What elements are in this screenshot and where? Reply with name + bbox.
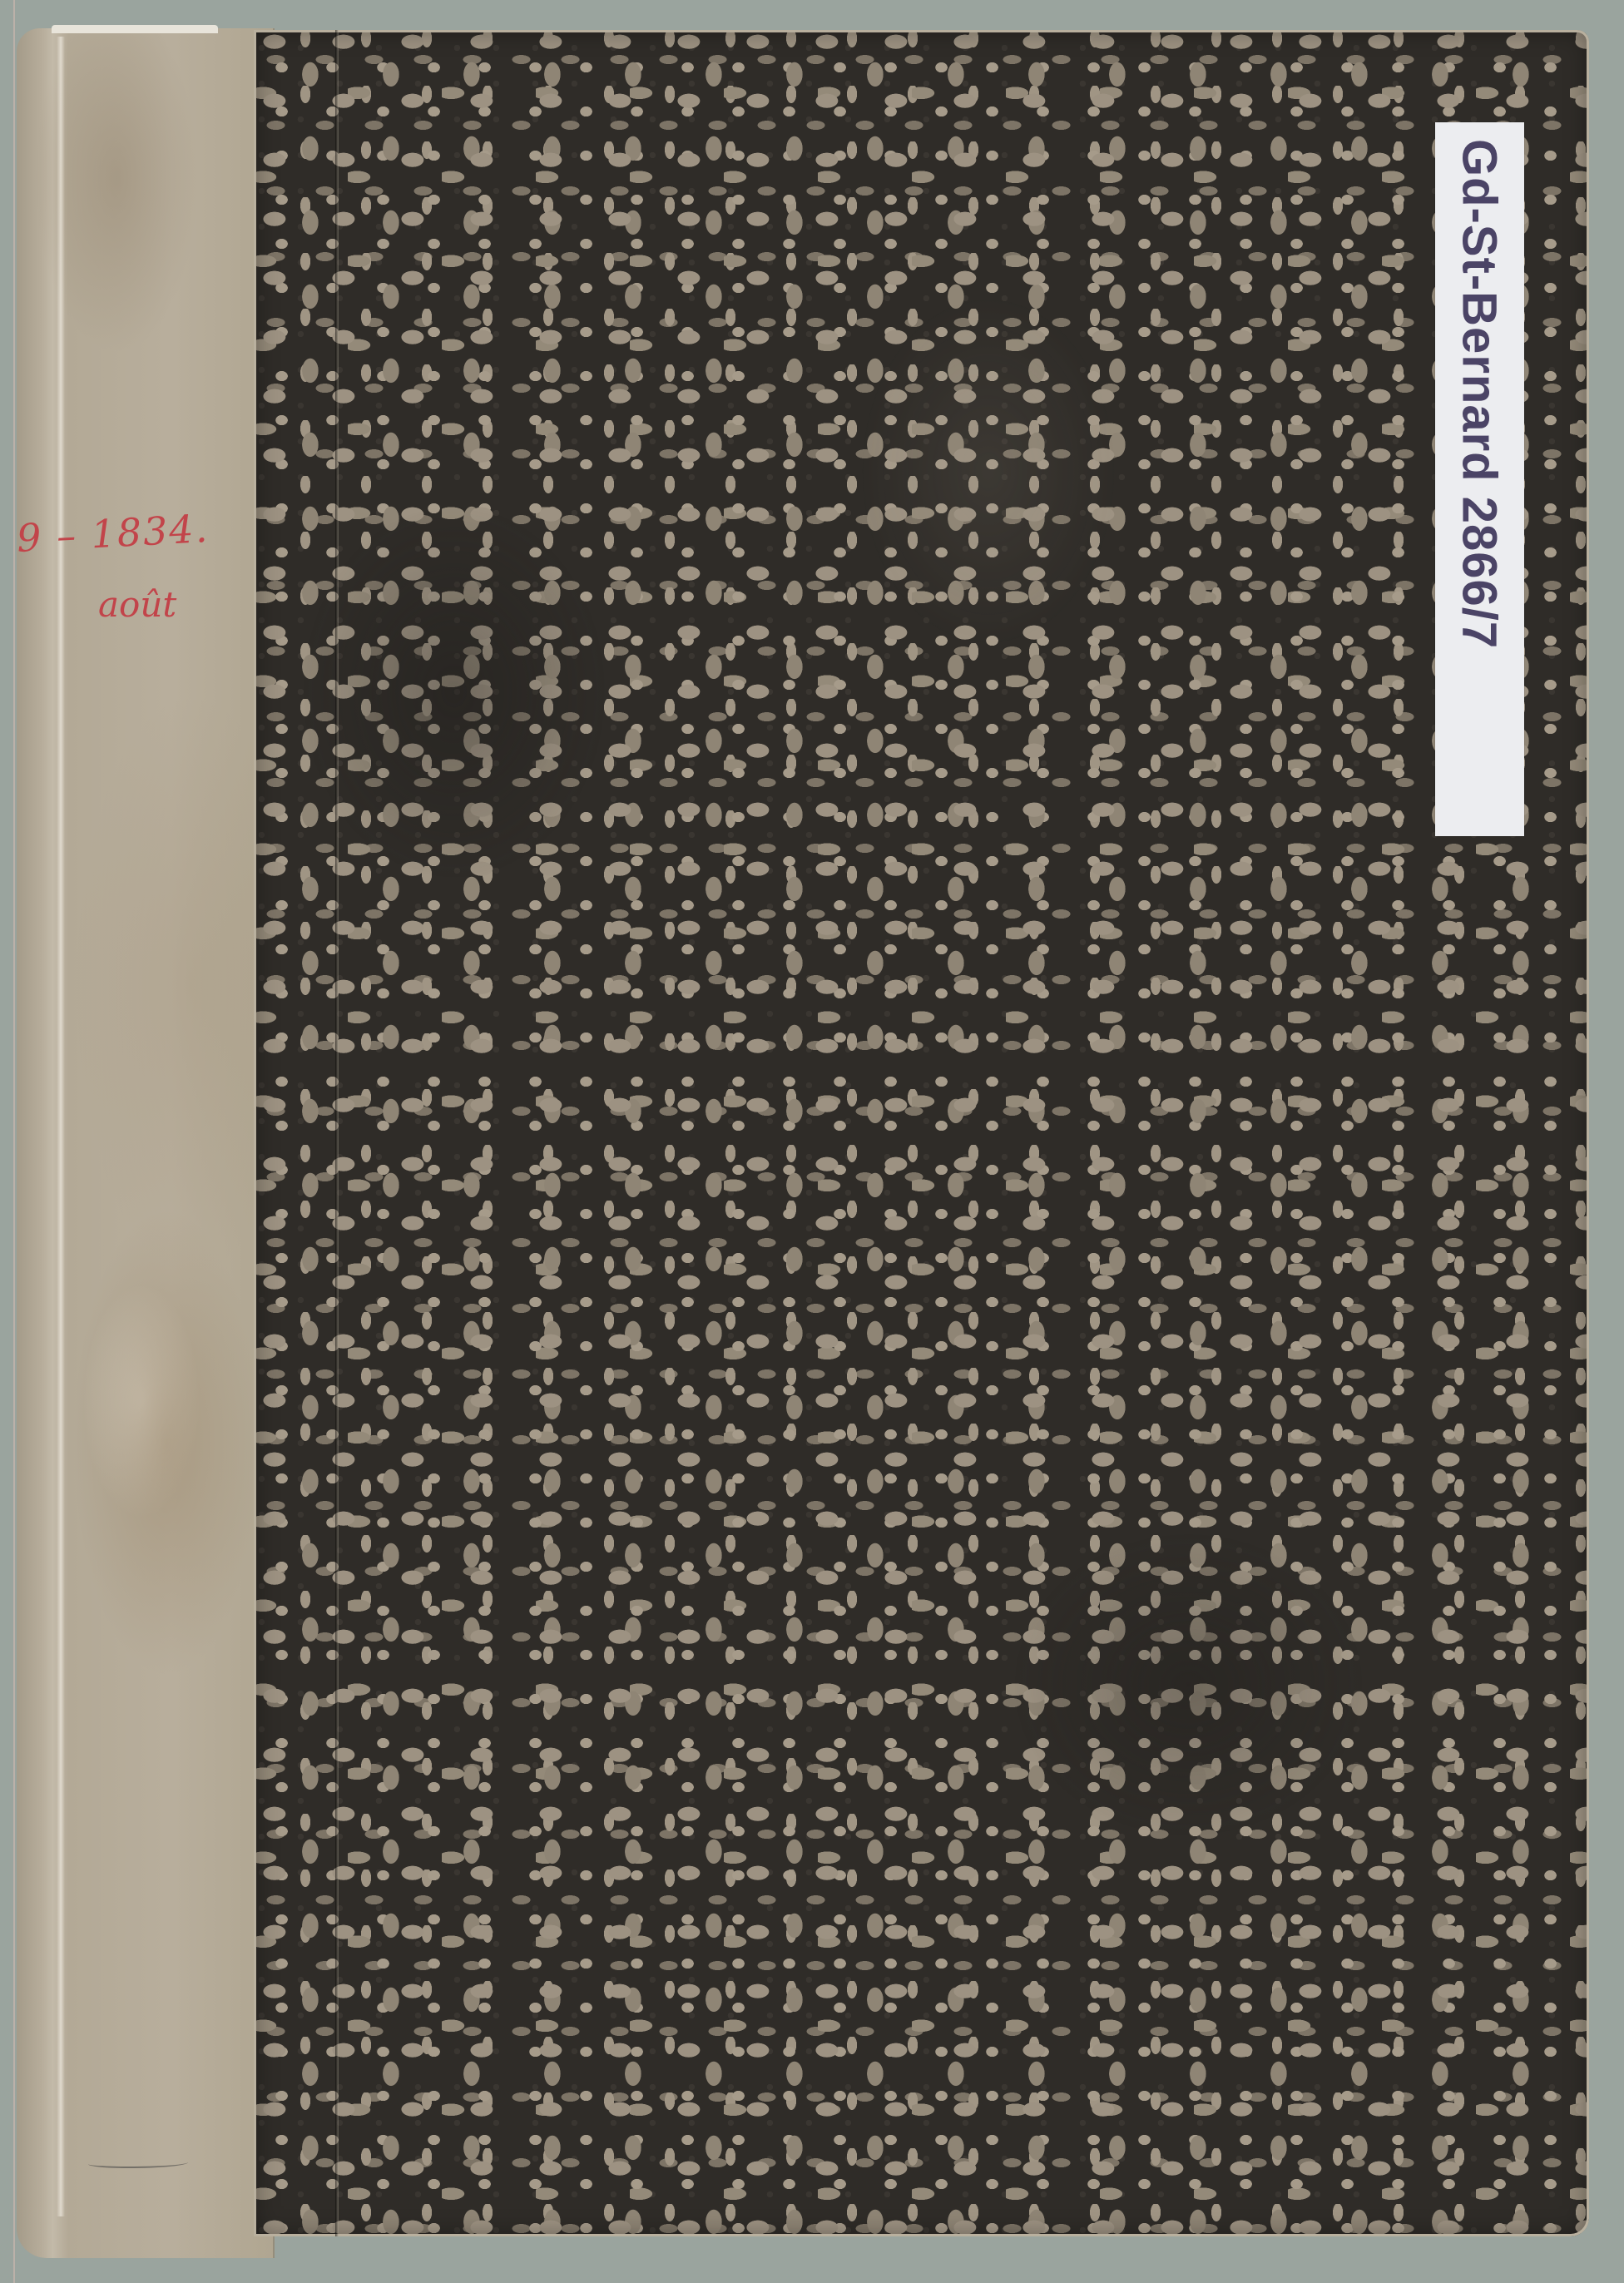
cover-hinge-fold	[335, 30, 339, 2236]
spine-date-note: 9 – 1834.	[16, 506, 210, 561]
vellum-spine: 9 – 1834. août	[17, 28, 275, 2258]
spine-handwritten-notes: 9 – 1834. août	[17, 494, 266, 661]
spine-ridge	[57, 37, 65, 2216]
spine-top-tab	[52, 25, 218, 33]
call-number-text: Gd-St-Bernard 2866/7	[1452, 139, 1508, 649]
bound-register: 9 – 1834. août Gd-St-Bernard 2866/7	[17, 28, 1589, 2258]
spine-month-note: août	[98, 584, 176, 625]
pencil-mark	[88, 2158, 188, 2168]
scan-edge-line	[13, 0, 15, 2283]
marbled-cover-board	[254, 30, 1589, 2236]
call-number-label: Gd-St-Bernard 2866/7	[1435, 122, 1524, 836]
